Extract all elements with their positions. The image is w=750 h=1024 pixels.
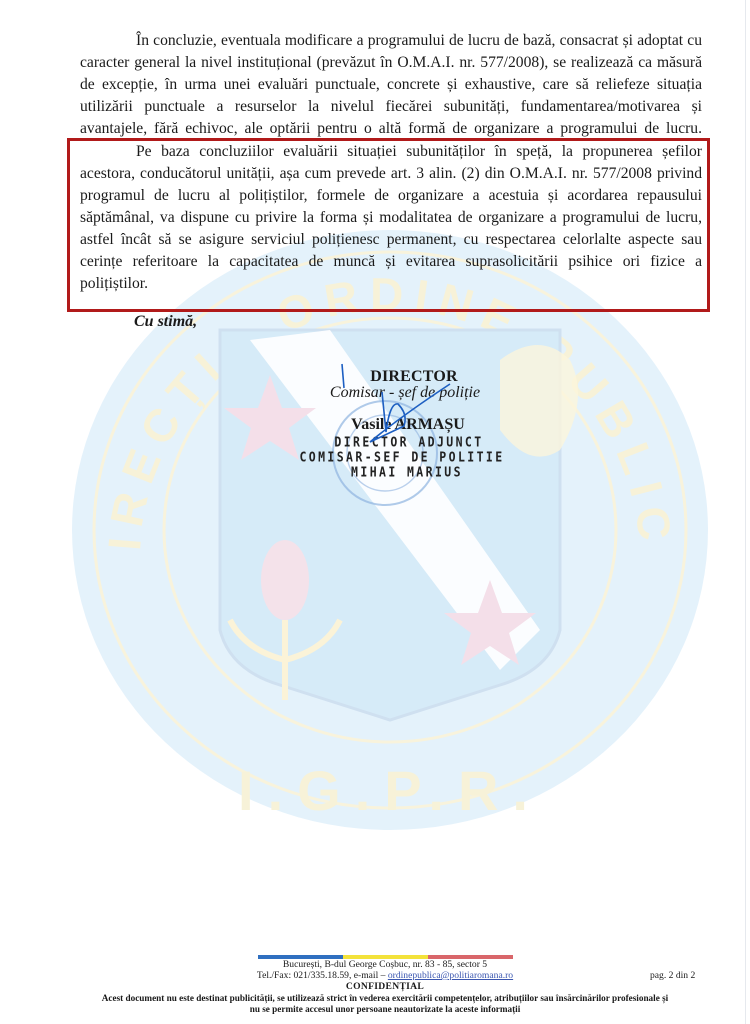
- contact-phone: Tel./Fax: 021/335.18.59, e-mail –: [257, 970, 388, 981]
- paragraph-highlighted: Pe baza concluziilor evaluării situației…: [80, 141, 702, 295]
- disclaimer: Acest document nu este destinat publicit…: [55, 993, 715, 1015]
- email-link[interactable]: ordinepublica@politiaromana.ro: [388, 970, 513, 981]
- closing-salutation: Cu stimă,: [134, 313, 197, 331]
- paragraph-line: Pe baza concluziilor evaluării situației…: [136, 143, 702, 160]
- handwritten-signature-icon: [300, 362, 460, 472]
- page-number: pag. 2 din 2: [650, 970, 695, 981]
- paragraph-line: polițiștilor.: [80, 273, 702, 295]
- paragraph-line: programul de lucru al polițiștilor, form…: [80, 187, 702, 204]
- disclaimer-line: nu se permite accesul unor persoane neau…: [55, 1004, 715, 1015]
- page-edge: [745, 0, 746, 1024]
- paragraph-conclusion: În concluzie, eventuala modificare a pro…: [80, 30, 702, 140]
- classification-label: CONFIDENȚIAL: [0, 981, 750, 992]
- paragraph-line: săptămânal, va dispune cu privire la for…: [80, 209, 702, 226]
- paragraph-line: cerințe referitoare la capacitatea de mu…: [80, 253, 702, 270]
- footer-contact: Tel./Fax: 021/335.18.59, e-mail – ordine…: [0, 970, 750, 981]
- footer-address: București, B-dul George Coșbuc, nr. 83 -…: [0, 959, 750, 970]
- paragraph-line: În concluzie, eventuala modificare a pro…: [136, 32, 683, 49]
- disclaimer-line: Acest document nu este destinat publicit…: [55, 993, 715, 1004]
- paragraph-line: acestora, conducătorul unității, așa cum…: [80, 165, 702, 182]
- watermark-bottom-text: I.G.P.R.: [238, 759, 542, 822]
- paragraph-line: astfel încât să se asigure serviciul pol…: [80, 231, 702, 248]
